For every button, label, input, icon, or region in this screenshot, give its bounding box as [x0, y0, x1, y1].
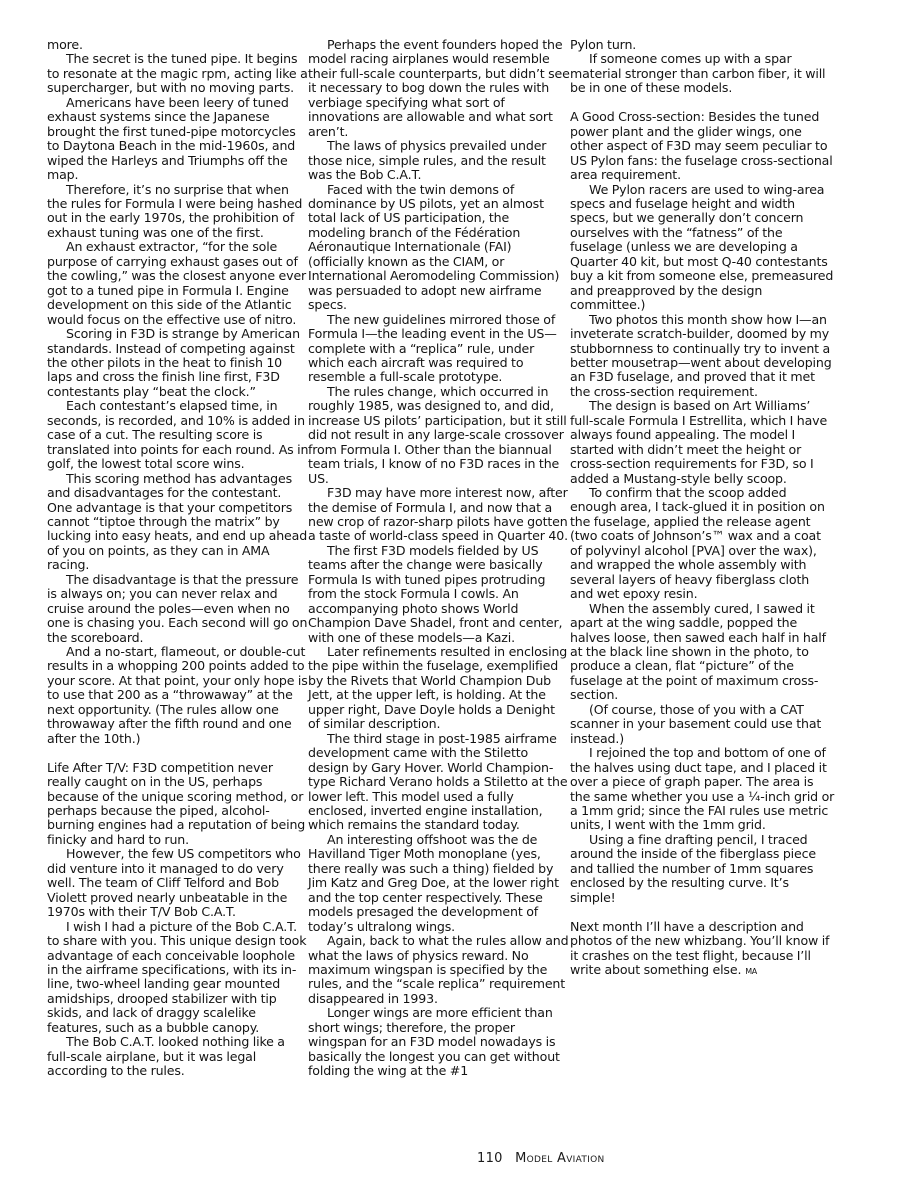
paragraph: Two photos this month show how I—an inve…: [570, 313, 835, 400]
paragraph: Each contestant’s elapsed time, in secon…: [47, 399, 309, 471]
paragraph: Using a fine drafting pencil, I traced a…: [570, 833, 835, 905]
paragraph: Again, back to what the rules allow and …: [308, 934, 570, 1006]
paragraph: I wish I had a picture of the Bob C.A.T.…: [47, 920, 309, 1036]
text-column-3: Pylon turn. If someone comes up with a s…: [570, 38, 835, 979]
paragraph: The secret is the tuned pipe. It begins …: [47, 52, 309, 95]
paragraph: An exhaust extractor, “for the sole purp…: [47, 240, 309, 327]
paragraph: Scoring in F3D is strange by American st…: [47, 327, 309, 399]
page-footer: 110 Model Aviation: [477, 1151, 605, 1166]
paragraph: An interesting offshoot was the de Havil…: [308, 833, 570, 934]
paragraph: To confirm that the scoop added enough a…: [570, 486, 835, 602]
paragraph: Longer wings are more efficient than sho…: [308, 1006, 570, 1078]
paragraph: Perhaps the event founders hoped the mod…: [308, 38, 570, 139]
paragraph: The first F3D models fielded by US teams…: [308, 544, 570, 645]
paragraph: more.: [47, 38, 309, 52]
paragraph: Pylon turn.: [570, 38, 835, 52]
paragraph: The laws of physics prevailed under thos…: [308, 139, 570, 182]
paragraph: The rules change, which occurred in roug…: [308, 385, 570, 486]
text-column-2: Perhaps the event founders hoped the mod…: [308, 38, 570, 1079]
paragraph: The third stage in post-1985 airframe de…: [308, 732, 570, 833]
paragraph: (Of course, those of you with a CAT scan…: [570, 703, 835, 746]
paragraph: Therefore, it’s no surprise that when th…: [47, 183, 309, 241]
magazine-page: more. The secret is the tuned pipe. It b…: [0, 0, 916, 1200]
paragraph: Americans have been leery of tuned exhau…: [47, 96, 309, 183]
publication-name: Model Aviation: [515, 1151, 604, 1166]
section-paragraph-good-cross-section: A Good Cross-section: Besides the tuned …: [570, 110, 835, 182]
paragraph: The design is based on Art Williams’ ful…: [570, 399, 835, 486]
closing-text: Next month I’ll have a description and p…: [570, 919, 829, 977]
paragraph: Faced with the twin demons of dominance …: [308, 183, 570, 313]
paragraph: And a no-start, flameout, or double-cut …: [47, 645, 309, 746]
text-column-1: more. The secret is the tuned pipe. It b…: [47, 38, 309, 1079]
closing-paragraph: Next month I’ll have a description and p…: [570, 920, 835, 980]
paragraph: The new guidelines mirrored those of For…: [308, 313, 570, 385]
paragraph: This scoring method has advantages and d…: [47, 472, 309, 573]
paragraph: I rejoined the top and bottom of one of …: [570, 746, 835, 833]
paragraph: If someone comes up with a spar material…: [570, 52, 835, 95]
paragraph: However, the few US competitors who did …: [47, 847, 309, 919]
paragraph: F3D may have more interest now, after th…: [308, 486, 570, 544]
end-mark: MA: [745, 967, 756, 976]
paragraph: We Pylon racers are used to wing-area sp…: [570, 183, 835, 313]
paragraph: The Bob C.A.T. looked nothing like a ful…: [47, 1035, 309, 1078]
page-number: 110: [477, 1151, 503, 1166]
paragraph: The disadvantage is that the pressure is…: [47, 573, 309, 645]
paragraph: When the assembly cured, I sawed it apar…: [570, 602, 835, 703]
paragraph: Later refinements resulted in enclosing …: [308, 645, 570, 732]
section-paragraph-life-after-tv: Life After T/V: F3D competition never re…: [47, 761, 309, 848]
